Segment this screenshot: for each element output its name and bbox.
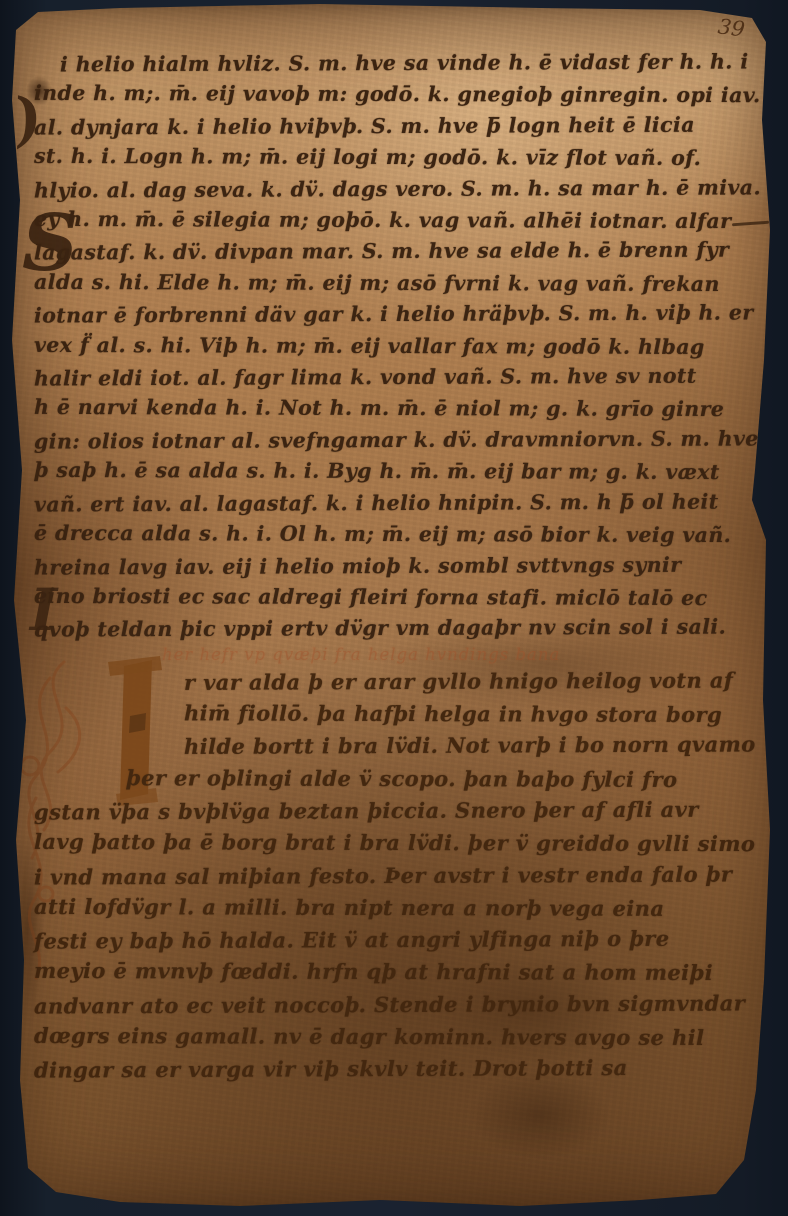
folio-number: 39 [716, 14, 746, 41]
text-line: þ saþ h. ē sa alda s. h. i. Byg h. m̄. m… [34, 455, 746, 489]
text-line: festi ey baþ hō halda. Eit v̈ at angri y… [34, 923, 746, 958]
text-line: ē drecca alda s. h. i. Ol h. m; m̄. eij … [34, 518, 746, 552]
text-block: i helio hialm hvliz. S. m. hve sa vinde … [34, 48, 746, 1086]
text-line: hlyio. al. dag seva. k. dv̈. dags vero. … [34, 172, 746, 207]
text-line: meyio ē mvnvþ fœddi. hrfn qþ at hrafni s… [34, 955, 746, 990]
text-line: al. dynjara k. i helio hviþvþ. S. m. hve… [34, 109, 746, 144]
text-line: inde h. m;. m̄. eij vavoþ m: godō. k. gn… [34, 78, 746, 112]
section-helgakvida: r var alda þ er arar gvllo hnigo heilog … [34, 666, 746, 1086]
text-line: iotnar ē forbrenni däv gar k. i helio hr… [34, 298, 746, 333]
text-line: st. h. i. Logn h. m; m̄. eij logi m; god… [34, 141, 746, 175]
text-line: dingar sa er varga vir viþ skvlv teit. D… [34, 1052, 746, 1087]
text-line: dœgrs eins gamall. nv ē dagr kominn. hve… [34, 1020, 746, 1055]
section-alvissmal: i helio hialm hvliz. S. m. hve sa vinde … [34, 48, 746, 645]
text-line: lavg þatto þa ē borg brat i bra lv̈di. þ… [34, 826, 746, 861]
text-line: gin: olios iotnar al. svefngamar k. dv̈.… [34, 423, 746, 458]
text-line: vex f̈ al. s. hi. Viþ h. m; m̄. eij vall… [34, 330, 746, 364]
text-line: þer er oþlingi alde v̈ scopo. þan baþo f… [34, 761, 746, 796]
text-line: alda s. hi. Elde h. m; m̄. eij m; asō fv… [34, 267, 746, 301]
manuscript-photo: 39 ) S I [0, 0, 788, 1216]
text-line: h ē narvi kenda h. i. Not h. m. m̄. ē ni… [34, 392, 746, 426]
text-line: hilde bortt i bra lv̈di. Not varþ i bo n… [34, 729, 746, 764]
text-line: ey h. m. m̄. ē silegia m; goþō. k. vag v… [34, 204, 746, 238]
text-line: hreina lavg iav. eij i helio mioþ k. som… [34, 549, 746, 584]
text-line: qvoþ teldan þic vppi ertv dv̈gr vm dagaþ… [34, 612, 746, 647]
text-line: him̄ fiollō. þa hafþi helga in hvgo stor… [34, 697, 746, 732]
rubric-line: her hefr vp qvæþi fra helga hvndings ban… [34, 645, 746, 666]
parchment-page: 39 ) S I [0, 0, 788, 1216]
text-line: gstan v̈þa s bvþlv̈ga beztan þiccia. Sne… [34, 793, 746, 828]
text-line: i helio hialm hvliz. S. m. hve sa vinde … [34, 46, 746, 81]
text-line: i vnd mana sal miþian festo. Þer avstr i… [34, 858, 746, 893]
text-line: vañ. ert iav. al. lagastaf. k. i helio h… [34, 486, 746, 521]
text-line: atti lofdv̈gr l. a milli. bra nipt nera … [34, 891, 746, 926]
text-line: eino briosti ec sac aldregi fleiri forna… [34, 581, 746, 615]
text-line: halir eldi iot. al. fagr lima k. vond va… [34, 361, 746, 396]
text-line: r var alda þ er arar gvllo hnigo heilog … [34, 664, 746, 699]
text-line: andvanr ato ec veit noccoþ. Stende i bry… [34, 987, 746, 1022]
text-line: lagastaf. k. dv̈. divpan mar. S. m. hve … [34, 235, 746, 270]
